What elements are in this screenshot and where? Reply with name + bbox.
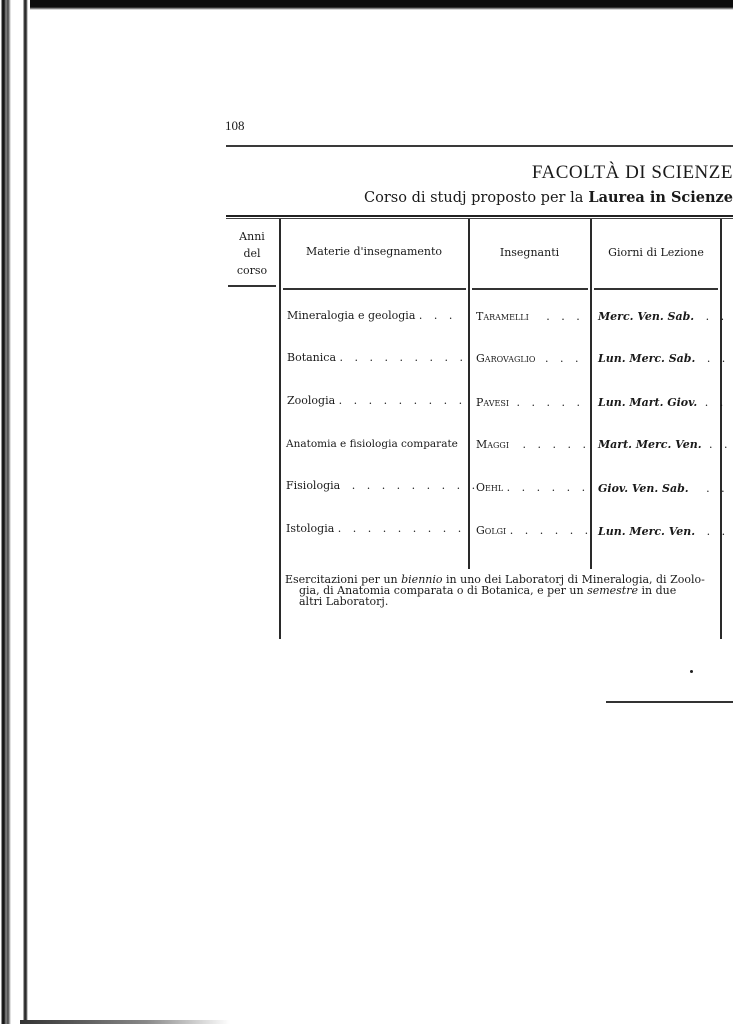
faculty-title: FACOLTÀ DI SCIENZE <box>532 162 733 184</box>
table-row-subject: Mineralogia e geologia . . . <box>287 309 456 322</box>
leader-dots: . . <box>707 525 730 538</box>
table-top-rule <box>226 215 733 219</box>
lesson-days: Giov. Ven. Sab. <box>598 482 689 495</box>
subject-name: Anatomia e fisiologia comparate <box>286 438 458 450</box>
table-row-teacher: Maggi . . . . . <box>476 438 590 451</box>
table-row-days: Giov. Ven. Sab. . . <box>598 482 729 495</box>
teacher-name: Pavesi <box>476 396 509 409</box>
leader-dots: . . <box>705 396 728 409</box>
table-row-days: Lun. Merc. Sab. . . <box>598 352 729 365</box>
table-row-days: Lun. Mart. Giov. . . <box>598 396 727 409</box>
table-row-teacher: Garovaglio . . . <box>476 352 582 365</box>
table-row-days: Mart. Merc. Ven. . . <box>598 438 732 451</box>
leader-dots: . . . . . . <box>507 481 589 494</box>
header-years: Anni del corso <box>228 228 276 279</box>
note-line-3: altri Laboratorj. <box>285 596 716 607</box>
scan-book-spine <box>0 0 30 1024</box>
table-row-subject: Fisiologia . . . . . . . . . <box>286 479 479 492</box>
teacher-name: Golgi <box>476 524 506 537</box>
leader-dots: . . <box>706 482 729 495</box>
table-row-subject: Botanica . . . . . . . . . <box>287 351 467 364</box>
leader-dots: . . . . . . . . . <box>340 351 467 364</box>
section-end-rule <box>606 701 733 703</box>
leader-dots: . . <box>709 438 732 451</box>
scan-speck <box>690 670 693 673</box>
table-right-border <box>720 219 722 639</box>
table-row-subject: Anatomia e fisiologia comparate <box>286 437 458 450</box>
subject-name: Istologia <box>286 522 334 535</box>
leader-dots: . . . . . . . . . <box>338 522 465 535</box>
teacher-name: Taramelli <box>476 310 529 323</box>
table-row-days: Lun. Merc. Ven. . . <box>598 525 729 538</box>
column-divider-years <box>279 219 281 639</box>
header-rule-subjects <box>283 288 466 290</box>
leader-dots: . . . . . . . . . <box>352 479 479 492</box>
header-days: Giorni di Lezione <box>592 246 720 259</box>
lesson-days: Lun. Mart. Giov. <box>598 396 697 409</box>
header-rule <box>226 145 733 147</box>
table-row-teacher: Pavesi . . . . . <box>476 396 584 409</box>
header-rule-days <box>594 288 718 290</box>
leader-dots: . . <box>706 310 729 323</box>
table-row-subject: Zoologia . . . . . . . . . <box>287 394 466 407</box>
subject-name: Botanica <box>287 351 336 364</box>
column-divider-teachers <box>590 219 592 569</box>
header-teachers: Insegnanti <box>470 246 589 259</box>
page-number: 108 <box>225 118 245 134</box>
course-subtitle: Corso di studj proposto per la Laurea in… <box>364 189 733 206</box>
lesson-days: Merc. Ven. Sab. <box>598 310 694 323</box>
scan-top-edge <box>0 0 733 10</box>
course-subtitle-degree: Laurea in Scienze <box>588 189 733 206</box>
table-row-teacher: Taramelli . . . <box>476 310 584 323</box>
leader-dots: . . . . . <box>517 396 584 409</box>
header-rule-years <box>228 285 276 287</box>
subject-name: Fisiologia <box>286 479 340 492</box>
subject-name: Mineralogia e geologia <box>287 309 415 322</box>
leader-dots: . . . <box>419 309 456 322</box>
leader-dots: . . <box>707 352 730 365</box>
note-text: in due <box>642 584 677 597</box>
table-row-teacher: Oehl . . . . . . <box>476 481 589 494</box>
leader-dots: . . . . . . <box>510 524 592 537</box>
lesson-days: Lun. Merc. Sab. <box>598 352 695 365</box>
note-emphasis: semestre <box>587 584 638 597</box>
lesson-days: Lun. Merc. Ven. <box>598 525 695 538</box>
table-row-teacher: Golgi . . . . . . <box>476 524 592 537</box>
subject-name: Zoologia <box>287 394 335 407</box>
header-subjects: Materie d'insegnamento <box>281 245 467 258</box>
header-years-line1: Anni <box>228 228 276 245</box>
scan-bottom-edge <box>20 1020 230 1024</box>
header-years-line2: del <box>228 245 276 262</box>
leader-dots: . . . <box>545 352 582 365</box>
leader-dots: . . . . . <box>522 438 589 451</box>
lesson-days: Mart. Merc. Ven. <box>598 438 702 451</box>
teacher-name: Maggi <box>476 438 509 451</box>
column-divider-subjects <box>468 219 470 569</box>
leader-dots: . . . . . . . . . <box>339 394 466 407</box>
course-subtitle-prefix: Corso di studj proposto per la <box>364 190 583 206</box>
header-rule-teachers <box>472 288 588 290</box>
teacher-name: Garovaglio <box>476 352 535 365</box>
laboratory-note: Esercitazioni per un biennio in uno dei … <box>285 574 716 607</box>
table-row-days: Merc. Ven. Sab. . . <box>598 310 728 323</box>
header-years-line3: corso <box>228 262 276 279</box>
table-row-subject: Istologia . . . . . . . . . <box>286 522 465 535</box>
leader-dots: . . . <box>546 310 583 323</box>
teacher-name: Oehl <box>476 481 503 494</box>
